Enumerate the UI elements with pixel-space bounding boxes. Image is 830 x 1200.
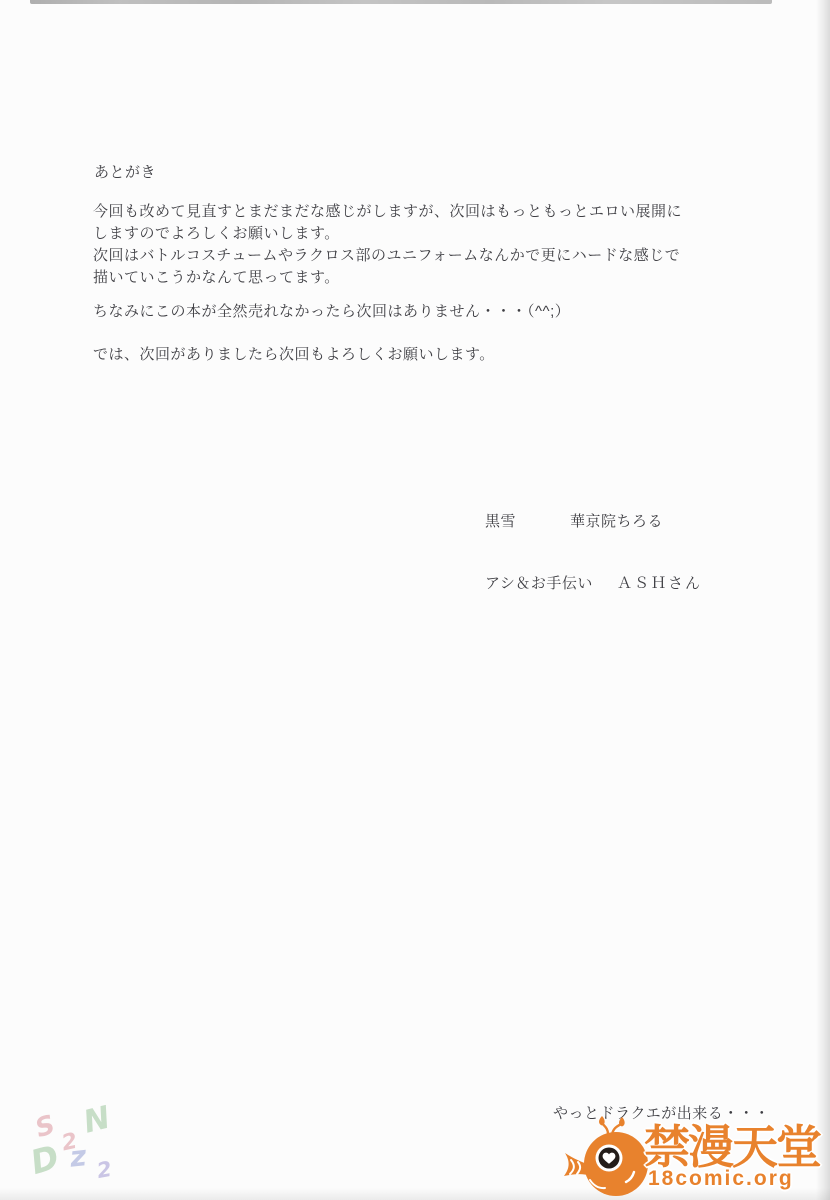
- paragraph-line: 今回も改めて見直すとまだまだな感じがしますが、次回はもっともっとエロい展開に: [93, 201, 682, 223]
- credit-role: 黒雪: [485, 511, 516, 533]
- watermark-site-name: 禁漫天堂: [644, 1124, 820, 1170]
- watermark-site-url: 18comic.org: [648, 1168, 794, 1190]
- paragraph-line: 次回はバトルコスチュームやラクロス部のユニフォームなんかで更にハードな感じで: [93, 245, 682, 267]
- scribble-letter: z: [68, 1139, 88, 1174]
- scribble-letter: N: [80, 1099, 114, 1140]
- scribble-letter: 2: [95, 1157, 114, 1183]
- paragraph-line: 描いていこうかなんて思ってます。: [93, 267, 682, 289]
- scanned-afterword-page: あとがき 今回も改めて見直すとまだまだな感じがしますが、次回はもっともっとエロい…: [0, 0, 830, 1200]
- afterword-paragraph-2: ちなみにこの本が全然売れなかったら次回はありません・・・（^^;）: [93, 301, 570, 323]
- credit-name: ＡＳＨさん: [617, 573, 702, 595]
- afterword-heading: あとがき: [94, 162, 156, 184]
- credit-role: アシ＆お手伝い: [485, 573, 593, 595]
- whale-heart-eye-icon: [562, 1116, 648, 1200]
- watermark-18comic: 禁漫天堂 18comic.org: [562, 1116, 830, 1200]
- afterword-paragraph-1: 今回も改めて見直すとまだまだな感じがしますが、次回はもっともっとエロい展開に し…: [93, 201, 682, 289]
- scan-edge-top: [30, 0, 772, 4]
- paragraph-line: しますのでよろしくお願いします。: [93, 223, 682, 245]
- scan-edge-right: [816, 0, 830, 1200]
- scribble-letter: D: [26, 1137, 63, 1182]
- credit-name: 華京院ちろる: [570, 511, 663, 533]
- afterword-paragraph-3: では、次回がありましたら次回もよろしくお願いします。: [93, 344, 495, 366]
